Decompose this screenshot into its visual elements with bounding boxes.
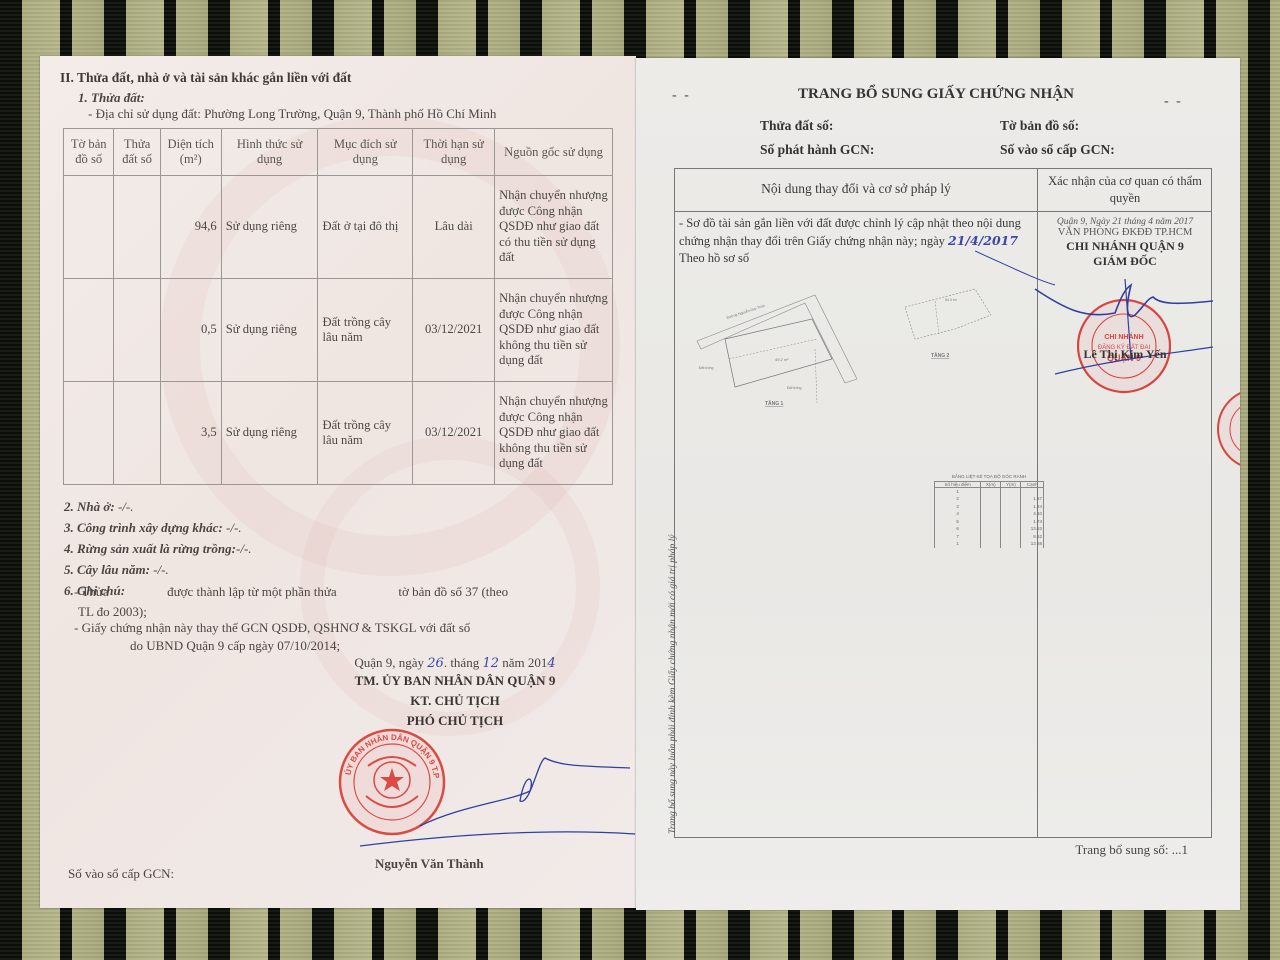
item-perennial-trees: 5. Cây lâu năm: -/-. xyxy=(64,559,252,580)
svg-text:TẦNG 2: TẦNG 2 xyxy=(931,352,950,359)
supplement-page-right: - - - - TRANG BỔ SUNG GIẤY CHỨNG NHẬN Th… xyxy=(636,58,1240,910)
registry-number-label: Số vào sổ cấp GCN: xyxy=(1000,142,1115,158)
cell-area: 3,5 xyxy=(160,382,221,485)
land-address: - Địa chỉ sử dụng đất: Phường Long Trườn… xyxy=(88,106,496,122)
svg-text:TẦNG 1: TẦNG 1 xyxy=(765,400,784,407)
cell-parcel xyxy=(114,176,160,279)
confirmation-signer: Lê Thị Kim Yến xyxy=(1037,347,1213,362)
cell-term: Lâu dài xyxy=(413,176,495,279)
col-header: Thửa đất số xyxy=(114,129,160,176)
table-row: 3,5 Sử dụng riêng Đất trồng cây lâu năm … xyxy=(64,382,613,485)
certificate-page-left: II. Thửa đất, nhà ở và tài sản khác gắn … xyxy=(40,56,636,908)
svg-text:49.2 m²: 49.2 m² xyxy=(775,357,789,362)
issue-number-label: Số phát hành GCN: xyxy=(760,142,874,158)
svg-text:Đường Nguyễn Duy Trinh: Đường Nguyễn Duy Trinh xyxy=(726,303,766,320)
cell-area: 94,6 xyxy=(160,176,221,279)
note-line: - Thửa được thành lập từ một phần thửa t… xyxy=(74,584,508,600)
cell-term: 03/12/2021 xyxy=(413,382,495,485)
coordinate-table-title: BẢNG LIỆT KÊ TỌA ĐỘ GÓC RANH xyxy=(929,474,1049,479)
map-sheet-label: Tờ bản đồ số: xyxy=(1000,118,1079,134)
header-divider xyxy=(675,211,1211,212)
cell-purpose: Đất trồng cây lâu năm xyxy=(318,279,413,382)
cell-origin: Nhận chuyển nhượng được Công nhận QSDĐ n… xyxy=(495,382,613,485)
item-forest: 4. Rừng sản xuất là rừng trồng:-/-. xyxy=(64,538,252,559)
col-header-confirmation: Xác nhận của cơ quan có thẩm quyền xyxy=(1037,173,1213,207)
svg-text:54.4 m²: 54.4 m² xyxy=(945,298,958,302)
cell-area: 0,5 xyxy=(160,279,221,382)
issue-date: Quận 9, ngày 26. tháng 12 năm 2014 xyxy=(310,655,600,671)
cell-parcel xyxy=(114,279,160,382)
registry-number-label: Số vào sổ cấp GCN: xyxy=(68,866,174,882)
cell-form: Sử dụng riêng xyxy=(221,176,318,279)
cell-form: Sử dụng riêng xyxy=(221,279,318,382)
section-title: II. Thửa đất, nhà ở và tài sản khác gắn … xyxy=(60,70,351,86)
floor-plan-sketch: 54.4 m² TẦNG 2 xyxy=(895,279,995,359)
note-line: - Giấy chứng nhận này thay thế GCN QSDĐ,… xyxy=(74,620,470,636)
issuer-organization: TM. ỦY BAN NHÂN DÂN QUẬN 9 xyxy=(310,671,600,691)
item-house: 2. Nhà ở: -/-. xyxy=(64,496,252,517)
table-row: 94,6 Sử dụng riêng Đất ở tại đô thị Lâu … xyxy=(64,176,613,279)
col-header: Mục đích sử dụng xyxy=(318,129,413,176)
confirmation-date: Quận 9, Ngày 21 tháng 4 năm 2017 xyxy=(1037,217,1213,227)
coordinate-table: Số hiệu điểm X(m) Y(m) Cạnh 1 21.57 31.2… xyxy=(934,481,1044,548)
cell-purpose: Đất ở tại đô thị xyxy=(318,176,413,279)
cell-map-sheet xyxy=(64,176,114,279)
col-header: Diện tích (m²) xyxy=(160,129,221,176)
issuer-role: KT. CHỦ TỊCH xyxy=(310,691,600,711)
handwritten-signature-icon xyxy=(340,746,636,856)
col-header: Thời hạn sử dụng xyxy=(413,129,495,176)
partial-red-seal-icon xyxy=(1212,384,1240,474)
item-other-construction: 3. Công trình xây dựng khác: -/-. xyxy=(64,517,252,538)
cell-origin: Nhận chuyển nhượng được Công nhận QSDĐ n… xyxy=(495,279,613,382)
cell-map-sheet xyxy=(64,382,114,485)
note-line: TL đo 2003); xyxy=(78,604,147,620)
subsection-title: 1. Thửa đất: xyxy=(78,90,145,106)
cell-origin: Nhận chuyển nhượng được Công nhận QSDĐ n… xyxy=(495,176,613,279)
svg-text:Đất trống: Đất trống xyxy=(787,386,801,390)
note-line: do UBND Quận 9 cấp ngày 07/10/2014; xyxy=(130,638,340,654)
supplement-page-number: Trang bổ sung số: ...1 xyxy=(1075,842,1188,858)
col-header: Nguồn gốc sử dụng xyxy=(495,129,613,176)
confirmation-office: VĂN PHÒNG ĐKĐĐ TP.HCM xyxy=(1037,227,1213,238)
issuer-signature-block: Quận 9, ngày 26. tháng 12 năm 2014 TM. Ủ… xyxy=(310,655,600,731)
svg-text:Đất trống: Đất trống xyxy=(699,366,713,370)
cell-term: 03/12/2021 xyxy=(413,279,495,382)
parcel-number-label: Thửa đất số: xyxy=(760,118,833,134)
page-title: TRANG BỔ SUNG GIẤY CHỨNG NHẬN xyxy=(636,86,1236,103)
cell-map-sheet xyxy=(64,279,114,382)
cell-purpose: Đất trồng cây lâu năm xyxy=(318,382,413,485)
table-header-row: Tờ bản đồ số Thửa đất số Diện tích (m²) … xyxy=(64,129,613,176)
table-row: 0,5 Sử dụng riêng Đất trồng cây lâu năm … xyxy=(64,279,613,382)
col-header: Hình thức sử dụng xyxy=(221,129,318,176)
land-parcel-table: Tờ bản đồ số Thửa đất số Diện tích (m²) … xyxy=(63,128,613,485)
col-header: Tờ bản đồ số xyxy=(64,129,114,176)
signer-name: Nguyễn Văn Thành xyxy=(375,856,484,872)
changes-table: Nội dung thay đổi và cơ sở pháp lý Xác n… xyxy=(674,168,1212,838)
cell-parcel xyxy=(114,382,160,485)
vertical-legal-note: Trang bổ sung này luôn phải đính kèm Giấ… xyxy=(668,535,678,834)
floor-plan-sketch: Đường Nguyễn Duy Trinh 49.2 m² Đất trống… xyxy=(687,279,887,409)
handwritten-date: 21/4/2017 xyxy=(948,233,1018,248)
col-header-changes: Nội dung thay đổi và cơ sở pháp lý xyxy=(675,181,1037,197)
cell-form: Sử dụng riêng xyxy=(221,382,318,485)
